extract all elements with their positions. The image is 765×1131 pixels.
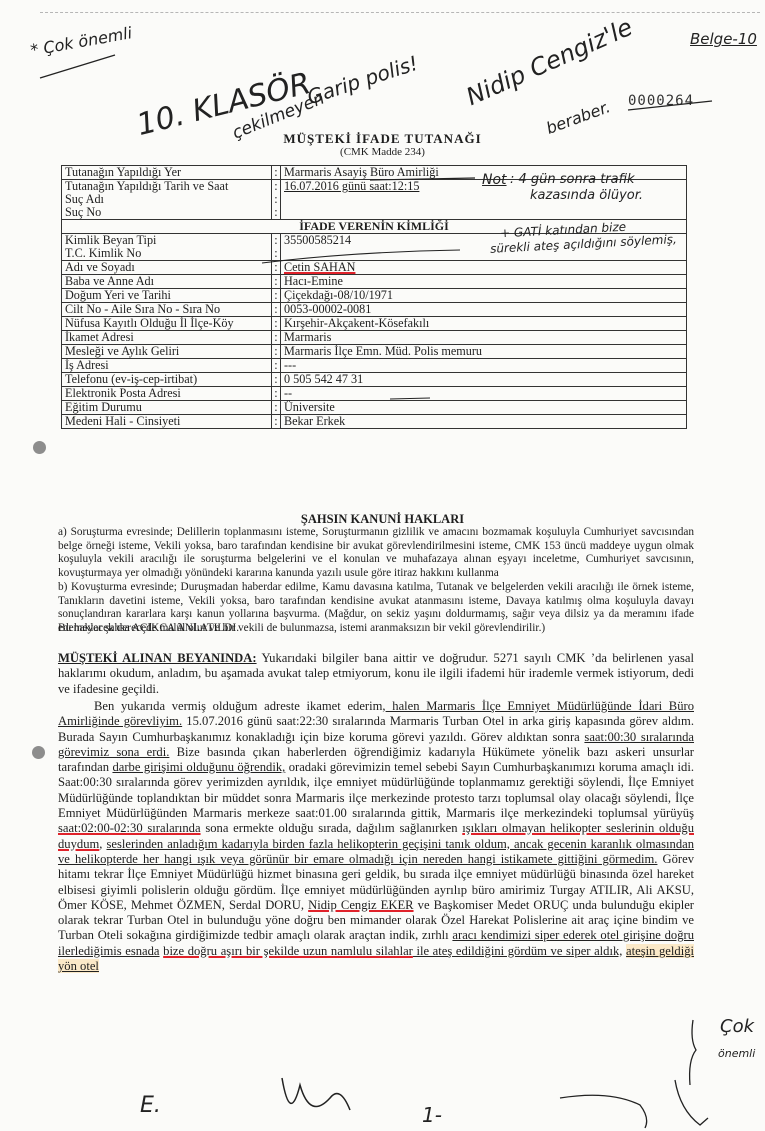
pen-stroke <box>262 250 460 263</box>
signature <box>560 1095 647 1128</box>
handwriting-strokes <box>0 0 765 1131</box>
punch-hole-mark <box>32 746 45 759</box>
pen-stroke <box>628 101 712 110</box>
punch-hole-mark <box>33 441 46 454</box>
pen-stroke <box>40 55 115 78</box>
pen-stroke <box>390 398 430 399</box>
signature <box>282 1078 350 1110</box>
arrow-mark <box>675 1080 708 1125</box>
brace-mark <box>690 1020 696 1085</box>
pen-stroke <box>370 178 475 180</box>
